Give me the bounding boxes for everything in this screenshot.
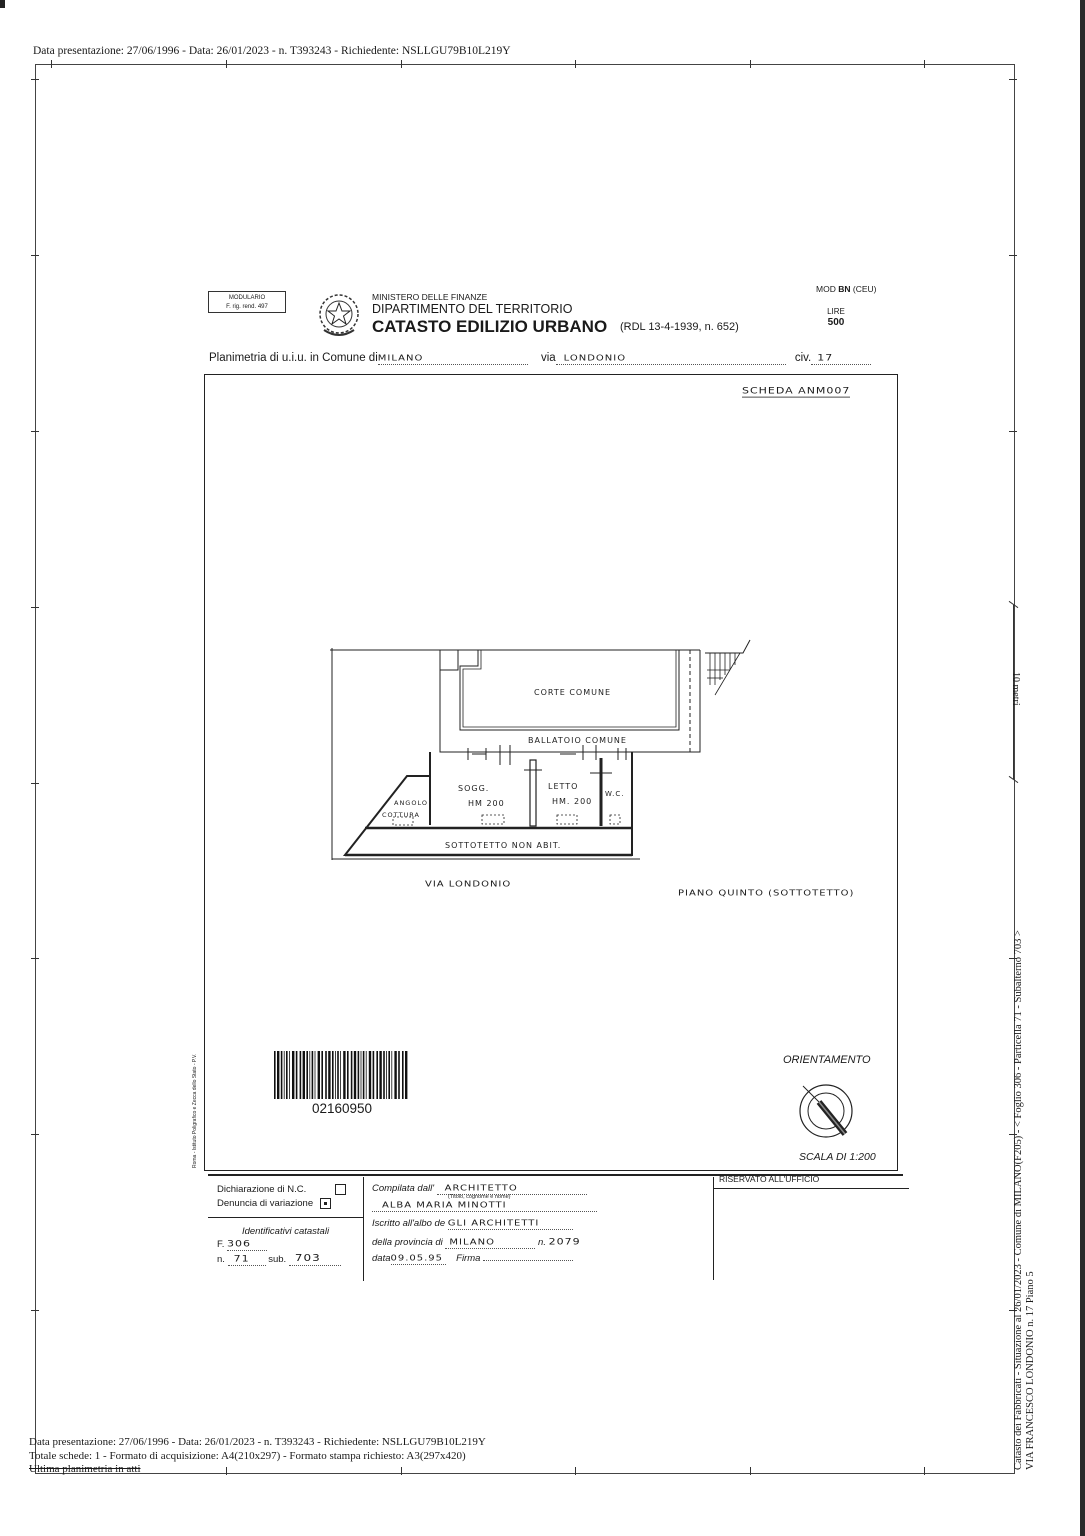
- form-top-rule: [208, 1174, 903, 1176]
- foglio-value: 306: [227, 1238, 251, 1248]
- frame-tick: [401, 60, 402, 68]
- numero-row: n. 71 sub. 703: [217, 1251, 363, 1266]
- sub-label: sub.: [268, 1254, 286, 1265]
- scheda-code: SCHEDA ANM007: [742, 386, 850, 398]
- room-label: SOGG.: [458, 784, 489, 793]
- frame-tick: [575, 60, 576, 68]
- mod-suffix: (CEU): [853, 284, 877, 294]
- lire-value: 500: [818, 317, 854, 328]
- room-label: LETTO: [548, 782, 578, 791]
- albo-n-label: n.: [538, 1237, 546, 1248]
- albo-n-value: 2079: [549, 1236, 581, 1246]
- mod-bold: BN: [838, 284, 850, 294]
- sub-value: 703: [295, 1252, 321, 1263]
- room-label: SOTTOTETTO NON ABIT.: [445, 841, 561, 850]
- compilata-value: ARCHITETTO: [445, 1184, 518, 1193]
- nc-row: Dichiarazione di N.C.: [217, 1184, 363, 1195]
- iscritto-row: Iscritto all'albo de GLI ARCHITETTI: [372, 1218, 713, 1230]
- barcode: [274, 1051, 410, 1099]
- nc-checkbox[interactable]: [335, 1184, 346, 1195]
- data-value: 09.05.95: [391, 1254, 444, 1263]
- foglio-label: F.: [217, 1239, 224, 1250]
- numero-value: 71: [234, 1253, 250, 1263]
- foglio-row: F. 306: [217, 1237, 363, 1251]
- frame-tick: [31, 1134, 39, 1135]
- via-value: LONDONIO: [564, 354, 626, 363]
- rdl-reference: (RDL 13-4-1939, n. 652): [620, 321, 739, 333]
- lire-label: LIRE: [818, 306, 854, 317]
- planimetria-row: Planimetria di u.i.u. in Comune diMILANO…: [209, 351, 871, 365]
- header-info-line: Data presentazione: 27/06/1996 - Data: 2…: [33, 45, 511, 57]
- orientation-label: ORIENTAMENTO: [783, 1054, 871, 1066]
- provincia-value: MILANO: [449, 1238, 495, 1247]
- compilatore-nome: ALBA MARIA MINOTTI: [382, 1201, 507, 1210]
- frame-tick: [31, 79, 39, 80]
- modulario-line1: MODULARIO: [209, 294, 285, 303]
- compiler-box: Compilata dall' ARCHITETTO (Titolo, cogn…: [363, 1177, 714, 1280]
- frame-tick: [31, 607, 39, 608]
- frame-tick: [51, 60, 52, 68]
- footer-line1: Data presentazione: 27/06/1996 - Data: 2…: [29, 1436, 486, 1450]
- frame-tick: [31, 958, 39, 959]
- frame-tick: [924, 1467, 925, 1475]
- provincia-row: della provincia di MILANO n. 2079: [372, 1235, 713, 1249]
- room-height: HM 200: [468, 799, 505, 808]
- data-label: data: [372, 1253, 391, 1264]
- floor-label: PIANO QUINTO (SOTTOTETTO): [678, 889, 854, 898]
- room-label: BALLATOIO COMUNE: [528, 736, 627, 745]
- stamp-lire: LIRE 500: [818, 306, 854, 328]
- firma-label: Firma: [456, 1253, 480, 1264]
- frame-tick: [1009, 431, 1017, 432]
- room-height: HM. 200: [552, 797, 592, 806]
- civ-label: civ.: [795, 352, 811, 364]
- scan-edge-mark: [0, 0, 5, 8]
- nc-label: Dichiarazione di N.C.: [217, 1184, 306, 1195]
- frame-tick: [31, 783, 39, 784]
- iscritto-value: GLI ARCHITETTI: [448, 1219, 540, 1228]
- provincia-label: della provincia di: [372, 1237, 443, 1248]
- variazione-label: Denuncia di variazione: [217, 1198, 313, 1209]
- barcode-number: 02160950: [312, 1101, 372, 1116]
- italian-emblem-icon: [314, 290, 364, 342]
- scale-label: SCALA DI 1:200: [799, 1151, 876, 1163]
- street-label: VIA LONDONIO: [425, 880, 511, 889]
- frame-tick: [575, 1467, 576, 1475]
- declaration-box: Dichiarazione di N.C. Denuncia di variaz…: [208, 1177, 364, 1217]
- mod-prefix: MOD: [816, 284, 836, 294]
- room-label: CORTE COMUNE: [534, 688, 611, 697]
- footer-info: Data presentazione: 27/06/1996 - Data: 2…: [29, 1436, 486, 1477]
- frame-tick: [750, 1467, 751, 1475]
- data-row: data09.05.95 Firma: [372, 1253, 713, 1265]
- numero-label: n.: [217, 1254, 225, 1265]
- frame-tick: [31, 255, 39, 256]
- printer-imprint: Roma - Istituto Poligrafico e Zecca dell…: [192, 1054, 198, 1168]
- scan-edge: [1080, 0, 1085, 1536]
- footer-line3: Ultima planimetria in atti: [29, 1463, 486, 1477]
- iscritto-label: Iscritto all'albo de: [372, 1218, 445, 1229]
- frame-tick: [226, 60, 227, 68]
- side-line1: Catasto dei Fabbricati - Situazione al 2…: [1013, 930, 1025, 1470]
- nome-row: ALBA MARIA MINOTTI: [372, 1200, 713, 1212]
- comune-value: MILANO: [378, 354, 424, 363]
- cadastral-ids-box: Identificativi catastali F. 306 n. 71 su…: [208, 1217, 364, 1281]
- frame-tick: [924, 60, 925, 68]
- floor-plan-drawing: CORTE COMUNE BALLATOIO COMUNE SOGG. HM 2…: [320, 630, 760, 870]
- frame-tick: [1009, 79, 1017, 80]
- side-line2: VIA FRANCESCO LONDONIO n. 17 Piano 5: [1025, 930, 1037, 1470]
- footer-line2: Totale schede: 1 - Formato di acquisizio…: [29, 1450, 486, 1464]
- compilata-label: Compilata dall': [372, 1183, 434, 1194]
- variazione-checkbox[interactable]: [320, 1198, 331, 1209]
- frame-tick: [31, 431, 39, 432]
- frame-tick: [750, 60, 751, 68]
- north-arrow-icon: [793, 1078, 863, 1148]
- riservato-ufficio: RISERVATO ALL'UFFICIO: [713, 1174, 909, 1189]
- modulario-line2: F. rig. rend. 497: [209, 303, 285, 312]
- variazione-row: Denuncia di variazione: [217, 1198, 363, 1209]
- department-name: DIPARTIMENTO DEL TERRITORIO: [372, 302, 573, 316]
- mod-code: MOD BN (CEU): [816, 284, 876, 294]
- signature-field: [483, 1260, 573, 1261]
- side-cadastral-info: Catasto dei Fabbricati - Situazione al 2…: [1013, 930, 1036, 1470]
- scale-bar-label: 10 metri: [1010, 672, 1021, 706]
- ministry-name: MINISTERO DELLE FINANZE: [372, 292, 487, 302]
- via-label: via: [541, 352, 556, 364]
- frame-tick: [31, 1310, 39, 1311]
- modulario-box: MODULARIO F. rig. rend. 497: [208, 291, 286, 313]
- frame-tick: [1009, 255, 1017, 256]
- ids-title: Identificativi catastali: [208, 1226, 363, 1237]
- room-label: ANGOLOCOTTURA: [382, 799, 428, 819]
- civ-value: 17: [817, 352, 833, 362]
- catasto-title: CATASTO EDILIZIO URBANO: [372, 317, 607, 337]
- planimetria-label: Planimetria di u.i.u. in Comune di: [209, 352, 378, 364]
- room-label: W.C.: [605, 790, 624, 798]
